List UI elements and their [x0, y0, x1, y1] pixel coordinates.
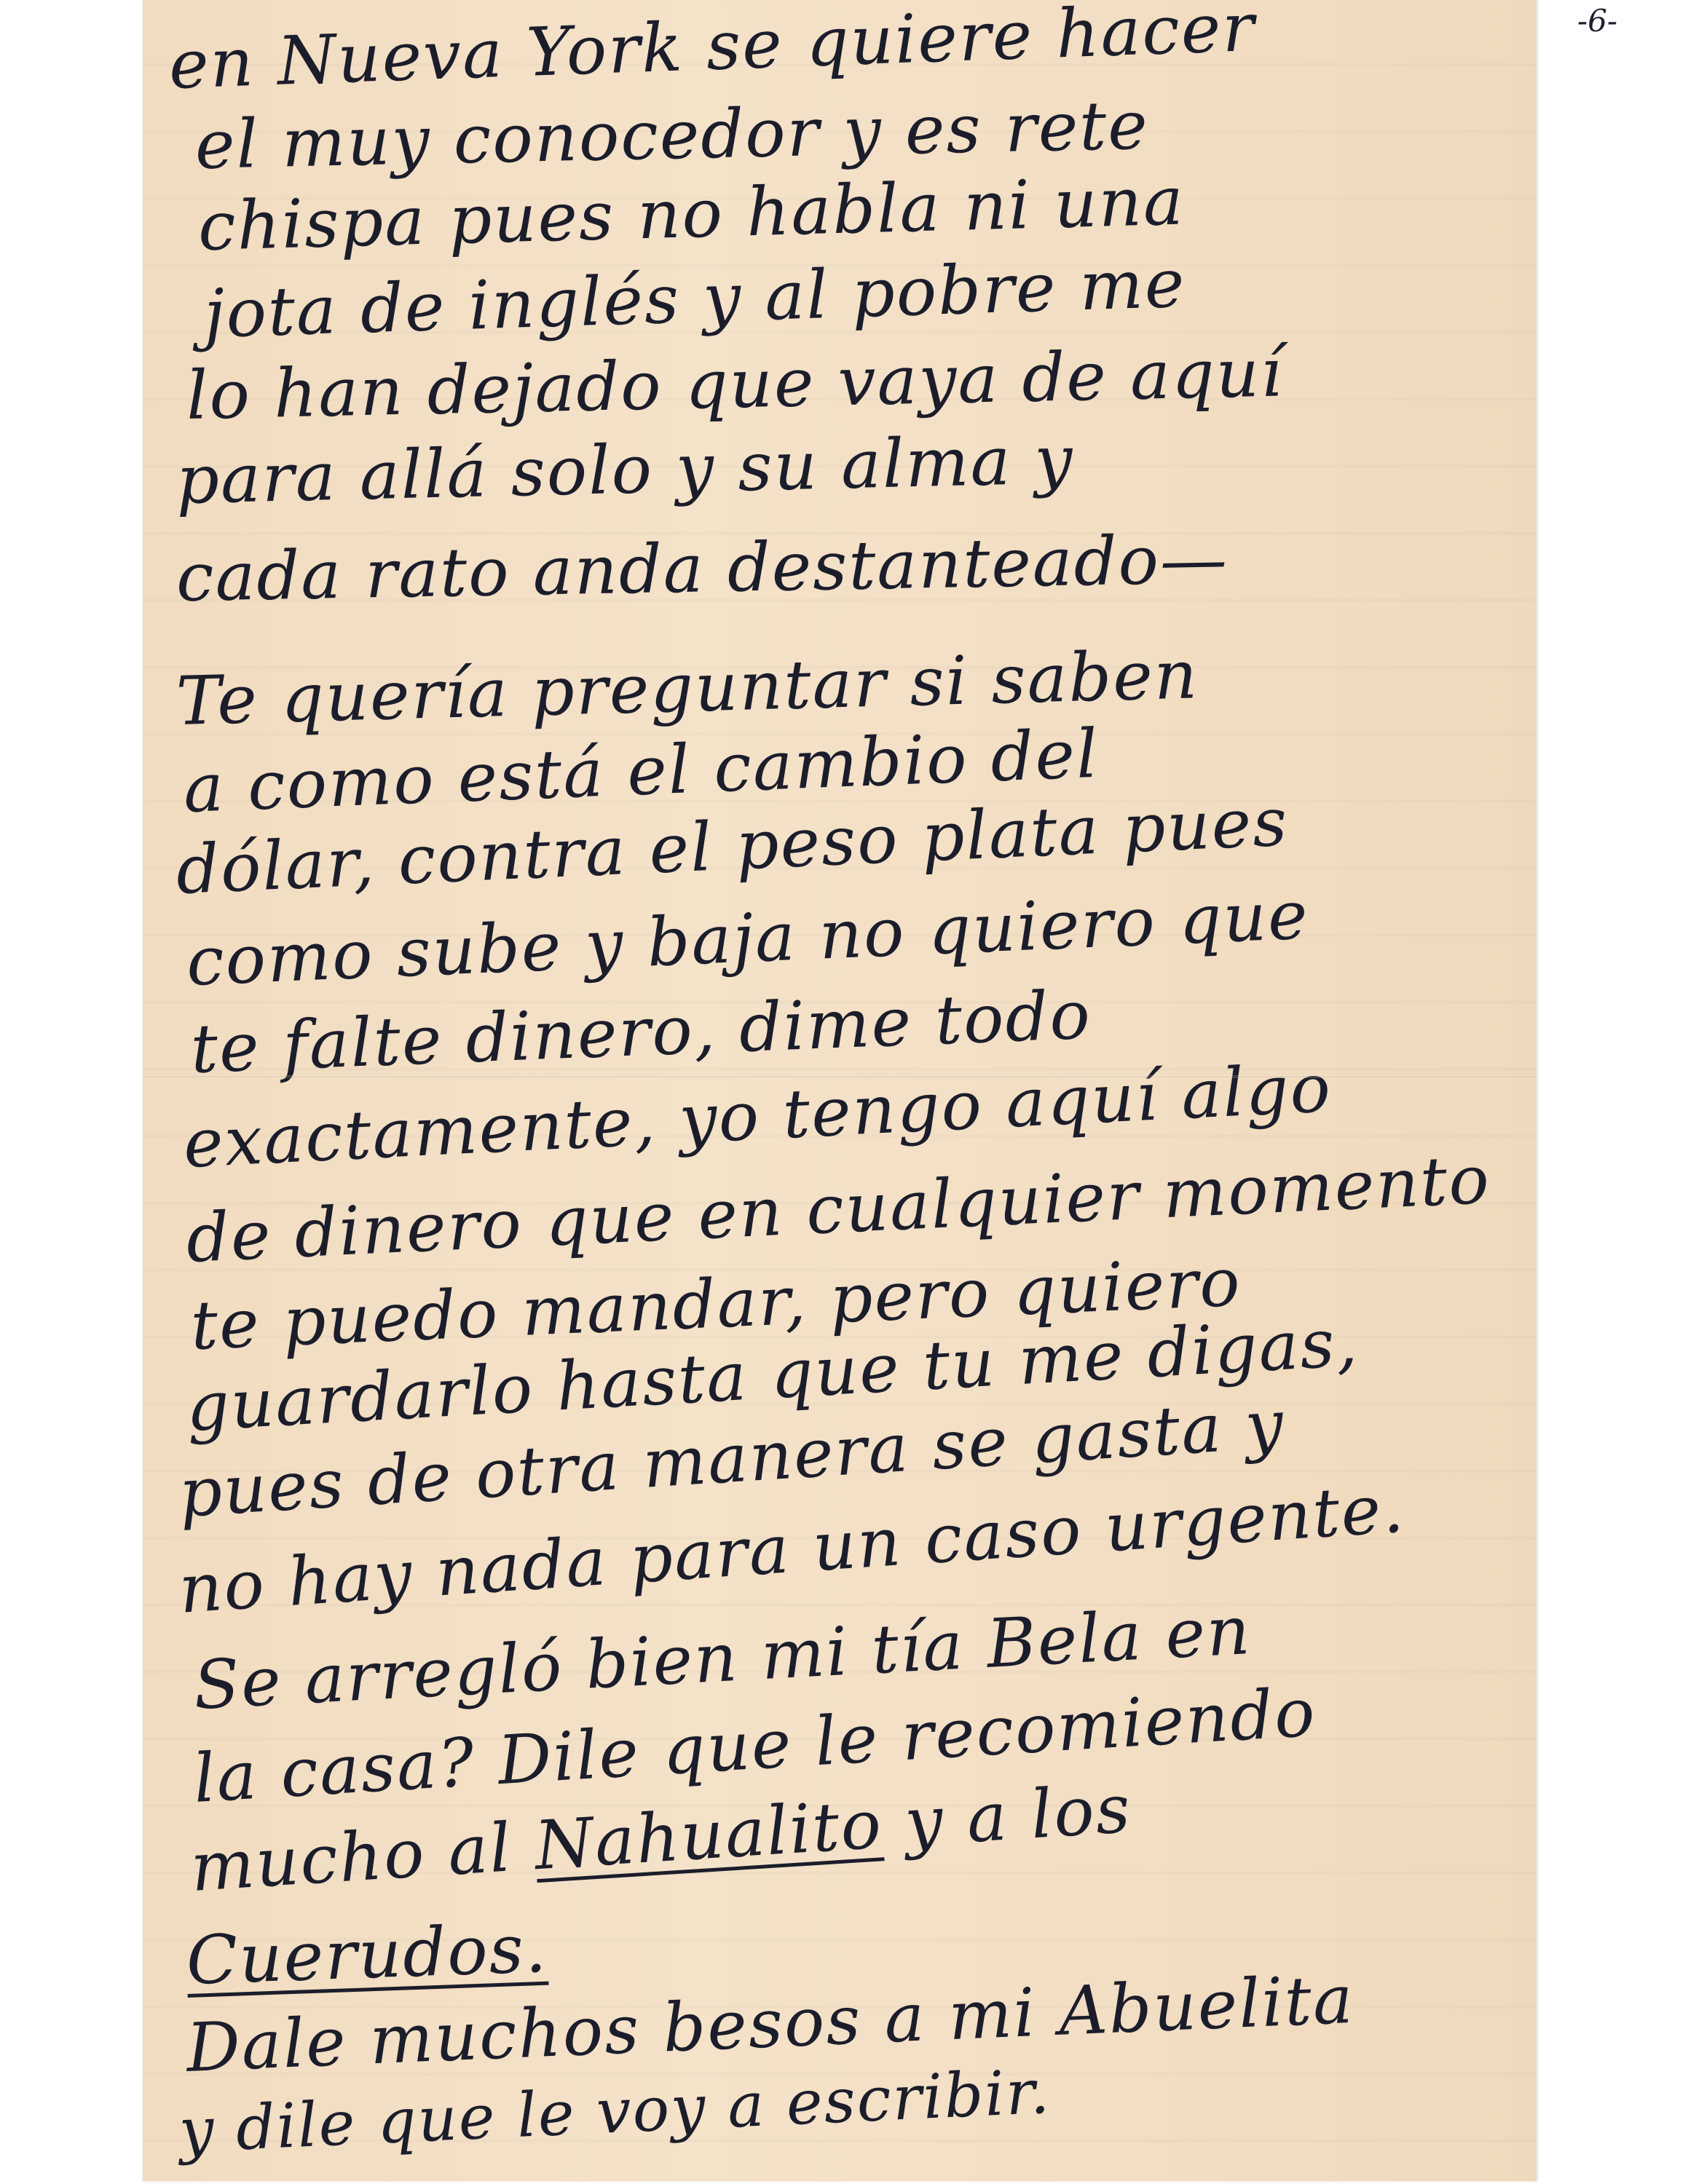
letter-page: ​ -6- en Nueva York se quiere hacer el m…: [143, 0, 1537, 2181]
page-number: -6-: [1577, 3, 1617, 39]
handwritten-line-6: para allá solo y su alma y: [175, 421, 1075, 519]
handwritten-line-5: lo han dejado que vaya de aquí: [186, 333, 1285, 435]
handwritten-line-7: cada rato anda destanteado—: [175, 521, 1229, 617]
line-21-text-before: mucho al: [189, 1807, 537, 1907]
underlined-name-nahualito: Nahualito: [532, 1785, 885, 1885]
handwritten-line-22-underlined: Cuerudos.: [185, 1910, 548, 2000]
line-21-text-after: y a los: [880, 1770, 1134, 1863]
